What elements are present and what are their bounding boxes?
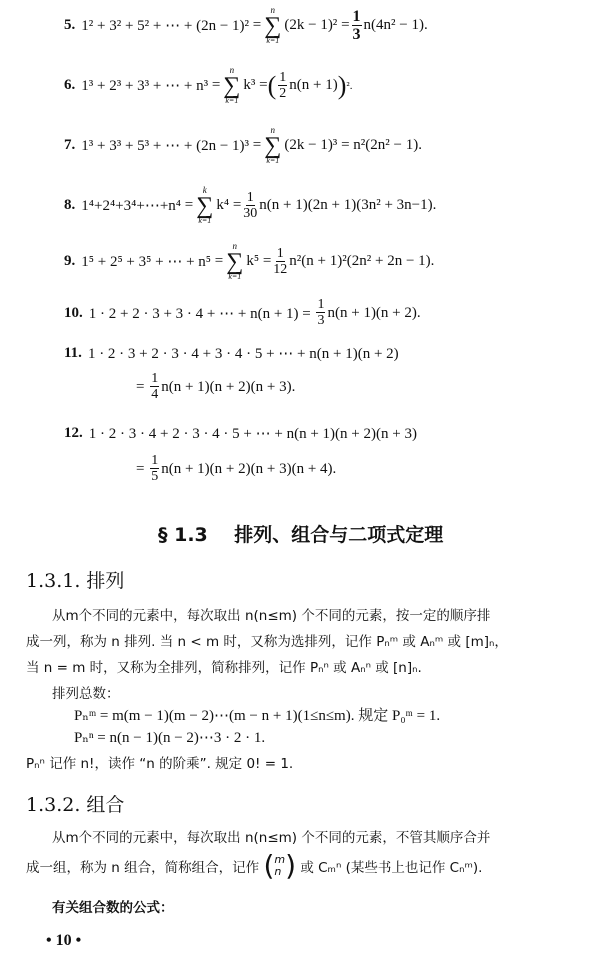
formula-summand: k⁴ <box>216 197 229 214</box>
formula-rhs: n(n + 1)(n + 2). <box>327 305 420 322</box>
full-permutation-formula: Pₙⁿ = n(n − 1)(n − 2)⋯3 · 2 · 1. <box>74 728 265 747</box>
formula-number: 6. <box>64 77 75 94</box>
formula-number: 9. <box>64 253 75 270</box>
page-number: • 10 • <box>46 932 81 950</box>
equals-sign: = <box>136 379 144 396</box>
formula-rhs: n(n + 1)(n + 2)(n + 3)(n + 4). <box>161 461 336 478</box>
formula-lhs: 1³ + 3³ + 5³ + ⋯ + (2n − 1)³ <box>81 136 249 155</box>
paragraph-line: 成一列，称为 n 排列. 当 n < m 时，又称为选排列，记作 Pₙᵐ 或 A… <box>26 630 508 650</box>
formula-lhs: 1 · 2 + 2 · 3 + 3 · 4 + ⋯ + n(n + 1) = <box>89 304 311 323</box>
formula-rhs: n(n + 1)(n + 2)(n + 3). <box>161 379 295 396</box>
formula-rhs: n(n + 1) <box>289 77 337 94</box>
formula-lhs: 1³ + 2³ + 3³ + ⋯ + n³ <box>81 76 208 95</box>
formula-number: 5. <box>64 17 75 34</box>
formula-11: 11. 1 · 2 · 3 + 2 · 3 · 4 + 3 · 4 · 5 + … <box>64 344 399 363</box>
combination-formula-label: 有关组合数的公式： <box>52 896 174 916</box>
fraction: 130 <box>243 191 257 221</box>
paragraph-text: 成一组，称为 n 组合，简称组合，记作 <box>26 856 259 876</box>
permutation-count-label: 排列总数： <box>52 682 120 702</box>
paragraph-text: 或 Cₘⁿ (某些书上也记作 Cₙᵐ). <box>300 856 482 876</box>
summation-symbol: k∑k=1 <box>196 186 213 225</box>
fraction: 13 <box>352 9 362 43</box>
summation-symbol: n∑k=1 <box>264 126 281 165</box>
formula-9: 9. 1⁵ + 2⁵ + 3⁵ + ⋯ + n⁵ = n∑k=1 k⁵ = 11… <box>64 242 434 281</box>
formula-lhs: 1 · 2 · 3 + 2 · 3 · 4 + 3 · 4 · 5 + ⋯ + … <box>88 344 399 363</box>
fraction: 112 <box>273 247 287 277</box>
formula-summand: k³ <box>243 77 255 94</box>
fraction: 12 <box>278 71 287 101</box>
formula-number: 7. <box>64 137 75 154</box>
section-heading: 排列、组合与二项式定理 <box>234 524 443 546</box>
formula-number: 8. <box>64 197 75 214</box>
formula-summand: (2k − 1)³ <box>284 137 337 154</box>
fraction: 14 <box>150 372 159 402</box>
formula-10: 10. 1 · 2 + 2 · 3 + 3 · 4 + ⋯ + n(n + 1)… <box>64 298 421 328</box>
formula-summand: (2k − 1)² <box>284 17 337 34</box>
formula-rhs: n(4n² − 1). <box>364 17 428 34</box>
formula-12: 12. 1 · 2 · 3 · 4 + 2 · 3 · 4 · 5 + ⋯ + … <box>64 424 417 443</box>
summation-symbol: n∑k=1 <box>226 242 243 281</box>
section-number: § 1.3 <box>158 524 208 546</box>
paragraph-line: 当 n = m 时，又称为全排列，简称排列，记作 Pₙⁿ 或 Aₙⁿ 或 [n]… <box>26 656 422 676</box>
formula-5: 5. 1² + 3² + 5² + ⋯ + (2n − 1)² = n∑k=1 … <box>64 6 428 45</box>
formula-lhs: 1² + 3² + 5² + ⋯ + (2n − 1)² <box>81 16 249 35</box>
factorial-note: Pₙⁿ 记作 n!，读作 “n 的阶乘”. 规定 0! = 1. <box>26 752 293 772</box>
formula-lhs: 1⁵ + 2⁵ + 3⁵ + ⋯ + n⁵ <box>81 252 211 271</box>
formula-11-continuation: = 14 n(n + 1)(n + 2)(n + 3). <box>136 372 295 402</box>
formula-number: 12. <box>64 425 83 442</box>
permutation-formula: Pₙᵐ = m(m − 1)(m − 2)⋯(m − n + 1)(1≤n≤m)… <box>74 704 440 725</box>
summation-symbol: n∑k=1 <box>264 6 281 45</box>
subsection-title-combination: 1.3.2. 组合 <box>26 790 124 817</box>
formula-tail: ². <box>346 80 352 92</box>
paragraph-line: 从m个不同的元素中，每次取出 n(n≤m) 个不同的元素，按一定的顺序排 <box>52 604 490 624</box>
section-title: § 1.3 排列、组合与二项式定理 <box>158 520 443 547</box>
formula-8: 8. 1⁴+2⁴+3⁴+⋯+n⁴ = k∑k=1 k⁴ = 130 n(n + … <box>64 186 436 225</box>
paragraph-line: 从m个不同的元素中，每次取出 n(n≤m) 个不同的元素，不管其顺序合并 <box>52 826 490 846</box>
formula-number: 11. <box>64 345 82 362</box>
formula-summand: k⁵ <box>246 253 259 270</box>
formula-7: 7. 1³ + 3³ + 5³ + ⋯ + (2n − 1)³ = n∑k=1 … <box>64 126 422 165</box>
paragraph-line: 成一组，称为 n 组合，简称组合，记作 (mn) 或 Cₘⁿ (某些书上也记作 … <box>26 852 482 880</box>
fraction: 15 <box>150 454 159 484</box>
binomial-coefficient: (mn) <box>263 852 296 880</box>
subsection-title-permutation: 1.3.1. 排列 <box>26 566 124 593</box>
equals-sign: = <box>136 461 144 478</box>
fraction: 13 <box>316 298 325 328</box>
formula-12-continuation: = 15 n(n + 1)(n + 2)(n + 3)(n + 4). <box>136 454 336 484</box>
formula-6: 6. 1³ + 2³ + 3³ + ⋯ + n³ = n∑k=1 k³ = ( … <box>64 66 352 105</box>
formula-rhs: n(n + 1)(2n + 1)(3n² + 3n−1). <box>259 197 436 214</box>
summation-symbol: n∑k=1 <box>223 66 240 105</box>
formula-lhs: 1⁴+2⁴+3⁴+⋯+n⁴ <box>81 196 181 215</box>
formula-rhs: n²(n + 1)²(2n² + 2n − 1). <box>289 253 434 270</box>
formula-rhs: = n²(2n² − 1). <box>341 137 422 154</box>
formula-number: 10. <box>64 305 83 322</box>
formula-lhs: 1 · 2 · 3 · 4 + 2 · 3 · 4 · 5 + ⋯ + n(n … <box>89 424 417 443</box>
